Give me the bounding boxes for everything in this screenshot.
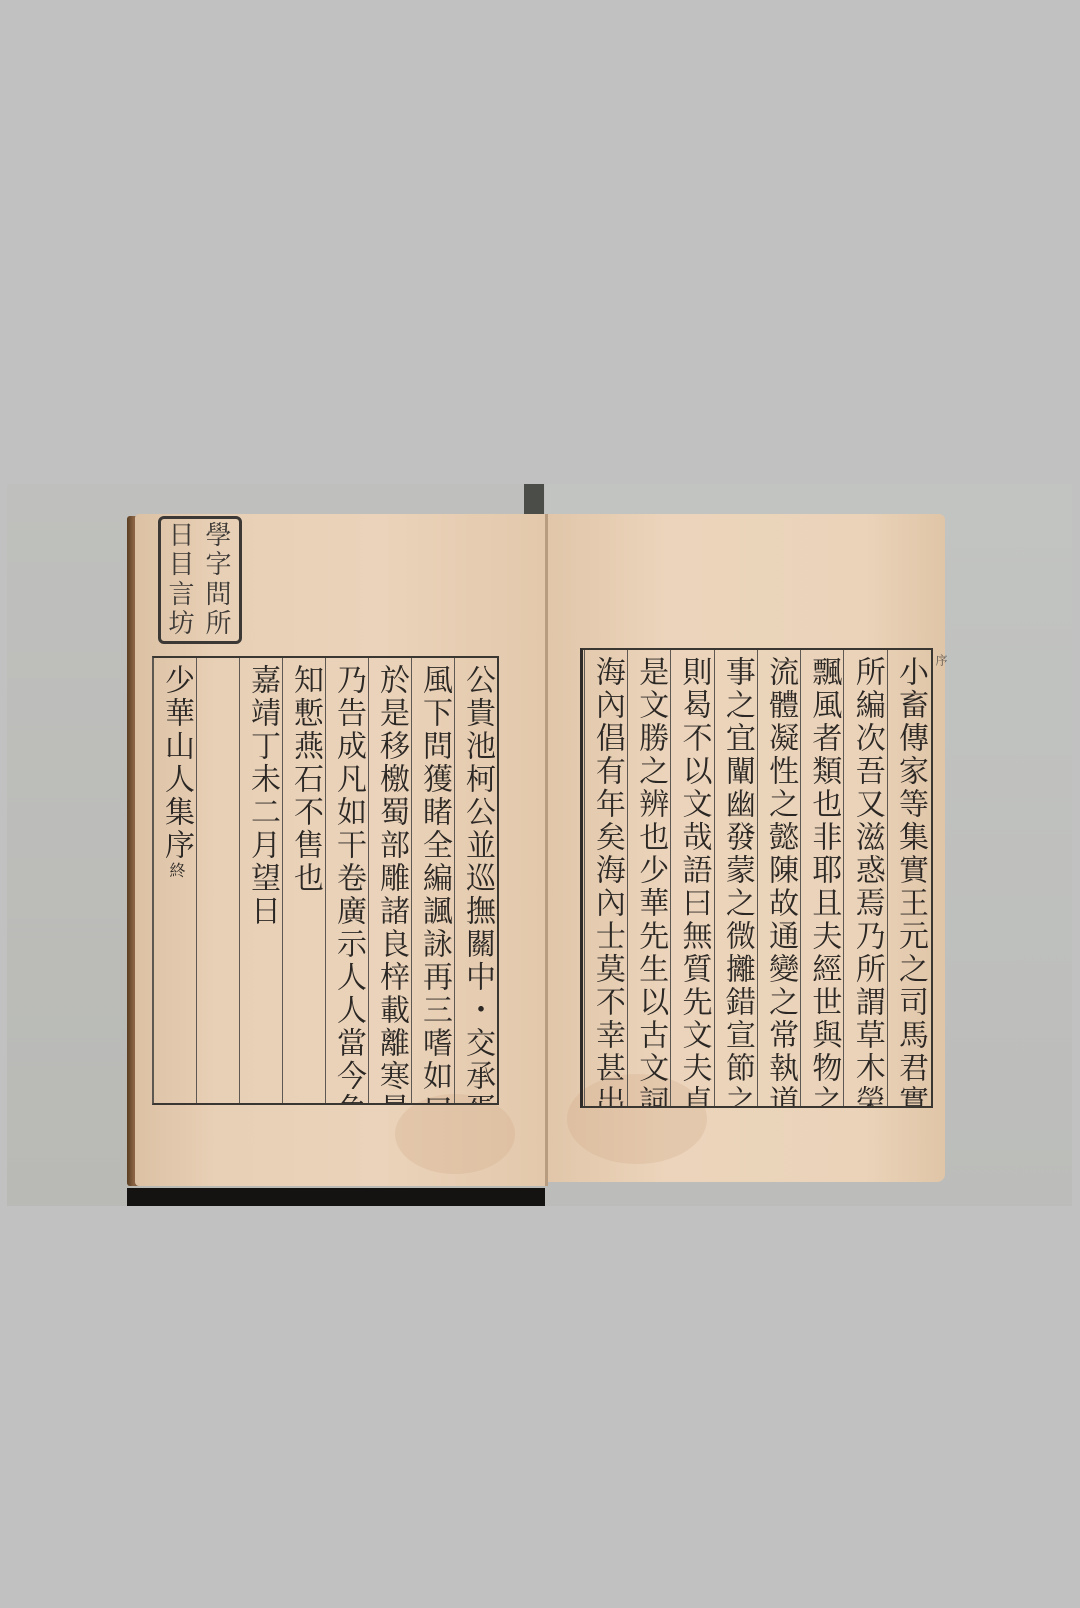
seal-char: 日 xyxy=(163,521,200,551)
seal-char: 問 xyxy=(200,580,237,610)
text-column: 則曷不以文哉語曰無質先文夫貞也 xyxy=(670,650,713,1106)
margin-label: 序 xyxy=(934,654,950,714)
text-column: 海內倡有年矣海內士莫不幸甚出先 xyxy=(584,650,627,1106)
text-column: 於是移檄蜀部雕諸良梓載離寒暑工 xyxy=(368,658,411,1103)
text-column: 風下問獲睹全編諷詠再三嗜如口出 xyxy=(411,658,454,1103)
book-title-column: 少華山人集序終 xyxy=(153,658,196,1103)
seal-char: 言 xyxy=(163,580,200,610)
text-column: 乃告成凡如干卷廣示人人當今魚目 xyxy=(325,658,368,1103)
right-text-columns: 小畜傳家等集實王元之司馬君實手 所編次吾又滋惑焉乃所謂草木榮華 飄風者類也非耶且… xyxy=(583,650,930,1106)
seal-char: 坊 xyxy=(163,610,200,640)
seal-char: 目 xyxy=(163,551,200,581)
text-column: 是文勝之辨也少華先生以古文詞爲 xyxy=(627,650,670,1106)
center-fold xyxy=(545,514,548,1186)
text-column: 事之宜闡幽發蒙之微攡錯宣節之因 xyxy=(714,650,757,1106)
book-shadow xyxy=(127,1188,545,1206)
gutter-support xyxy=(524,484,544,518)
book-title: 少華山人集序 xyxy=(159,664,194,862)
text-column: 公貴池柯公並巡撫關中・交承胥接采 xyxy=(454,658,497,1103)
seal-char: 所 xyxy=(200,610,237,640)
date-column: 嘉靖丁未二月望日 xyxy=(239,658,282,1103)
blank-column xyxy=(196,658,239,1103)
text-column: 小畜傳家等集實王元之司馬君實手 xyxy=(887,650,930,1106)
text-column: 所編次吾又滋惑焉乃所謂草木榮華 xyxy=(843,650,886,1106)
text-column: 知慙燕石不售也 xyxy=(282,658,325,1103)
seal-char: 字 xyxy=(200,551,237,581)
seal-char: 學 xyxy=(200,521,237,551)
text-column: 飄風者類也非耶且夫經世與物之繁 xyxy=(800,650,843,1106)
text-column: 流體凝性之懿陳故通變之常執道制 xyxy=(757,650,800,1106)
left-text-columns: 公貴池柯公並巡撫關中・交承胥接采 風下問獲睹全編諷詠再三嗜如口出 於是移檄蜀部雕… xyxy=(153,658,497,1103)
paper-stain xyxy=(395,1094,515,1174)
title-suffix: 終 xyxy=(167,862,186,881)
collector-seal: 日 目 言 坊 學 字 問 所 xyxy=(158,516,242,644)
